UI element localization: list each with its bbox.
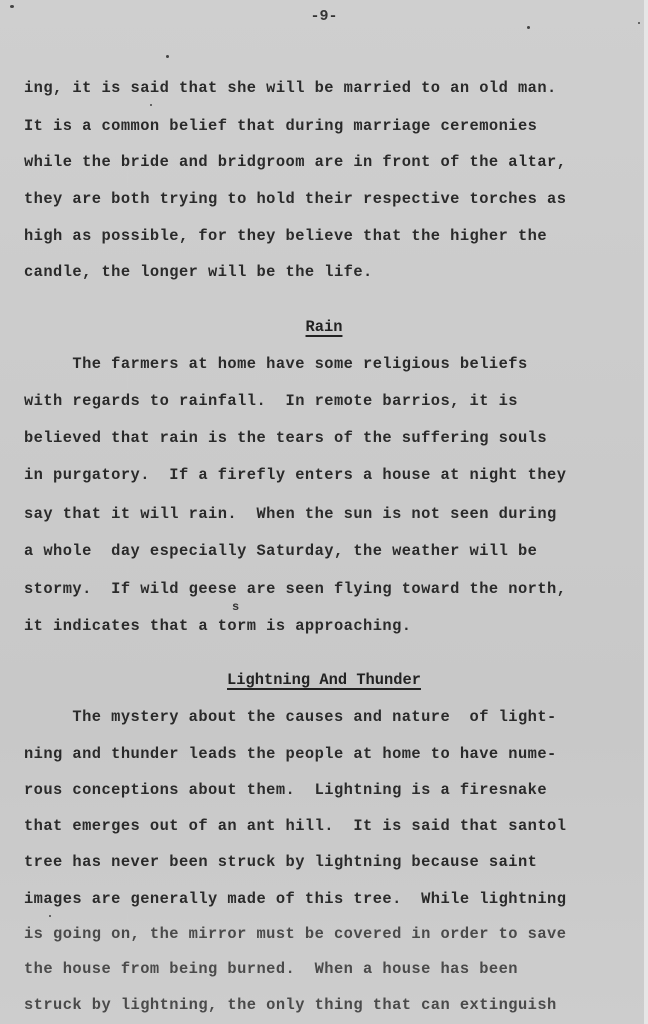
text-line: with regards to rainfall. In remote barr… [24,392,518,410]
text-line: The mystery about the causes and nature … [24,708,557,726]
section-heading-lightning-and-thunder: Lightning And Thunder [0,671,648,689]
handwritten-insert: s [232,600,239,614]
text-line: The farmers at home have some religious … [24,355,528,373]
paper-speck [49,915,51,917]
text-line: say that it will rain. When the sun is n… [24,505,557,523]
text-line: images are generally made of this tree. … [24,890,566,908]
text-line: ning and thunder leads the people at hom… [24,745,557,763]
text-line: believed that rain is the tears of the s… [24,429,547,447]
page-number: -9- [0,8,648,25]
paper-speck [166,55,169,58]
paper-speck [150,104,152,106]
typewritten-page: -9- ing, it is said that she will be mar… [0,0,648,1024]
text-line: it indicates that a torm is approaching. [24,617,411,635]
text-line: while the bride and bridgroom are in fro… [24,153,566,171]
text-line: stormy. If wild geese are seen flying to… [24,580,566,598]
text-line: in purgatory. If a firefly enters a hous… [24,466,566,484]
text-line: the house from being burned. When a hous… [24,960,518,978]
text-line: candle, the longer will be the life. [24,263,373,281]
text-line: struck by lightning, the only thing that… [24,996,557,1014]
text-line: It is a common belief that during marria… [24,117,537,135]
text-line: ing, it is said that she will be married… [24,79,557,97]
text-line: a whole day especially Saturday, the wea… [24,542,537,560]
text-line: they are both trying to hold their respe… [24,190,566,208]
text-line: that emerges out of an ant hill. It is s… [24,817,566,835]
text-line: rous conceptions about them. Lightning i… [24,781,547,799]
text-line: is going on, the mirror must be covered … [24,925,566,943]
text-line: high as possible, for they believe that … [24,227,547,245]
section-heading-rain: Rain [0,318,648,336]
text-line: tree has never been struck by lightning … [24,853,537,871]
paper-speck [527,26,530,29]
